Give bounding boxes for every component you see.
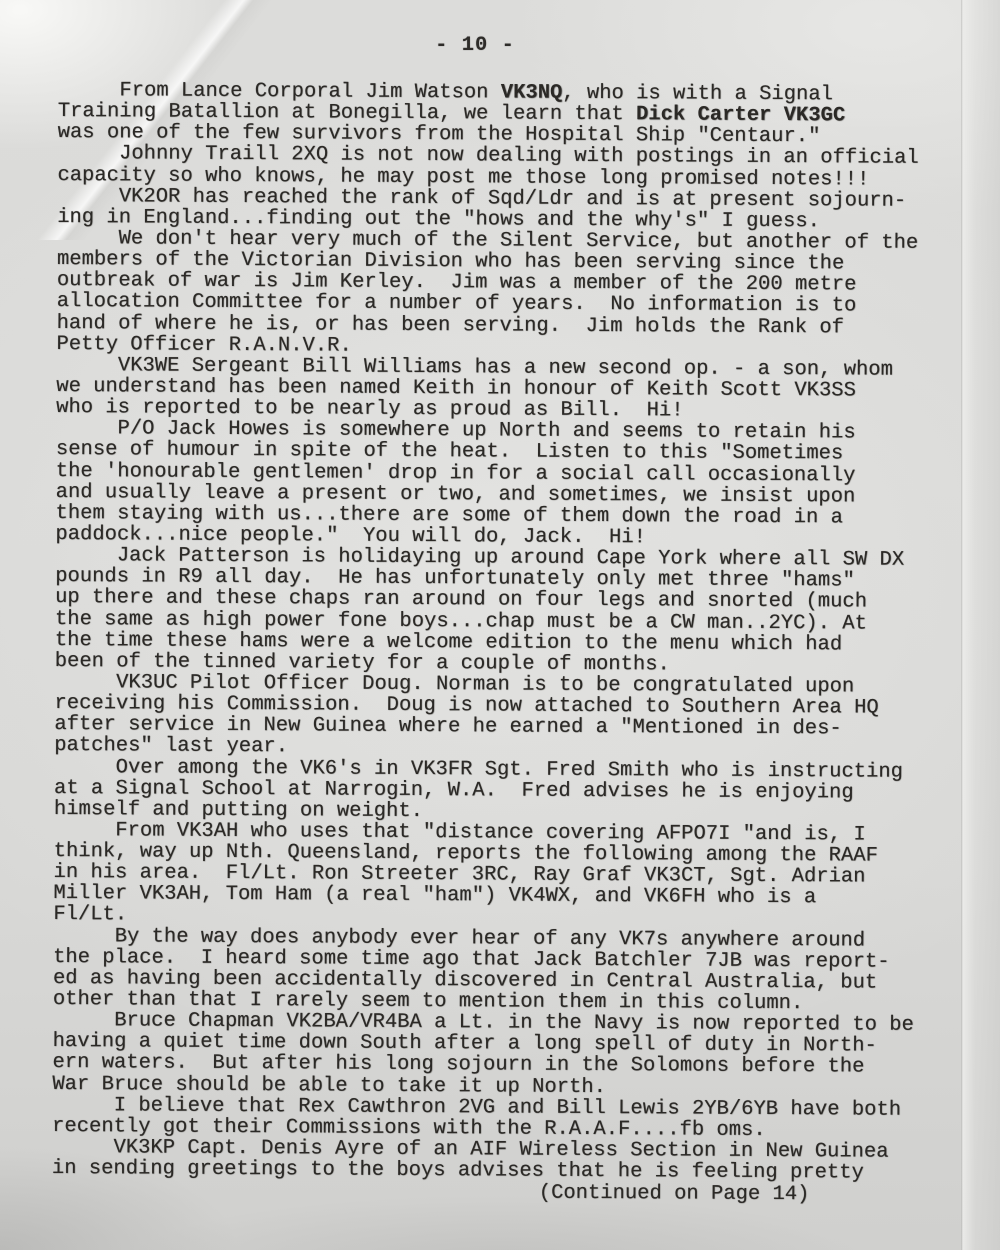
text-line: in sending greetings to the boys advises… <box>52 1158 952 1184</box>
continued-note: (Continued on Page 14) <box>539 1183 952 1206</box>
text-lines: From Lance Corporal Jim Watson VK3NQ, wh… <box>52 80 958 1184</box>
typewritten-text: From Lance Corporal Jim Watson VK3NQ, wh… <box>52 80 958 1206</box>
scanned-page: - 10 - From Lance Corporal Jim Watson VK… <box>0 0 1000 1250</box>
page-number: - 10 - <box>0 34 950 57</box>
